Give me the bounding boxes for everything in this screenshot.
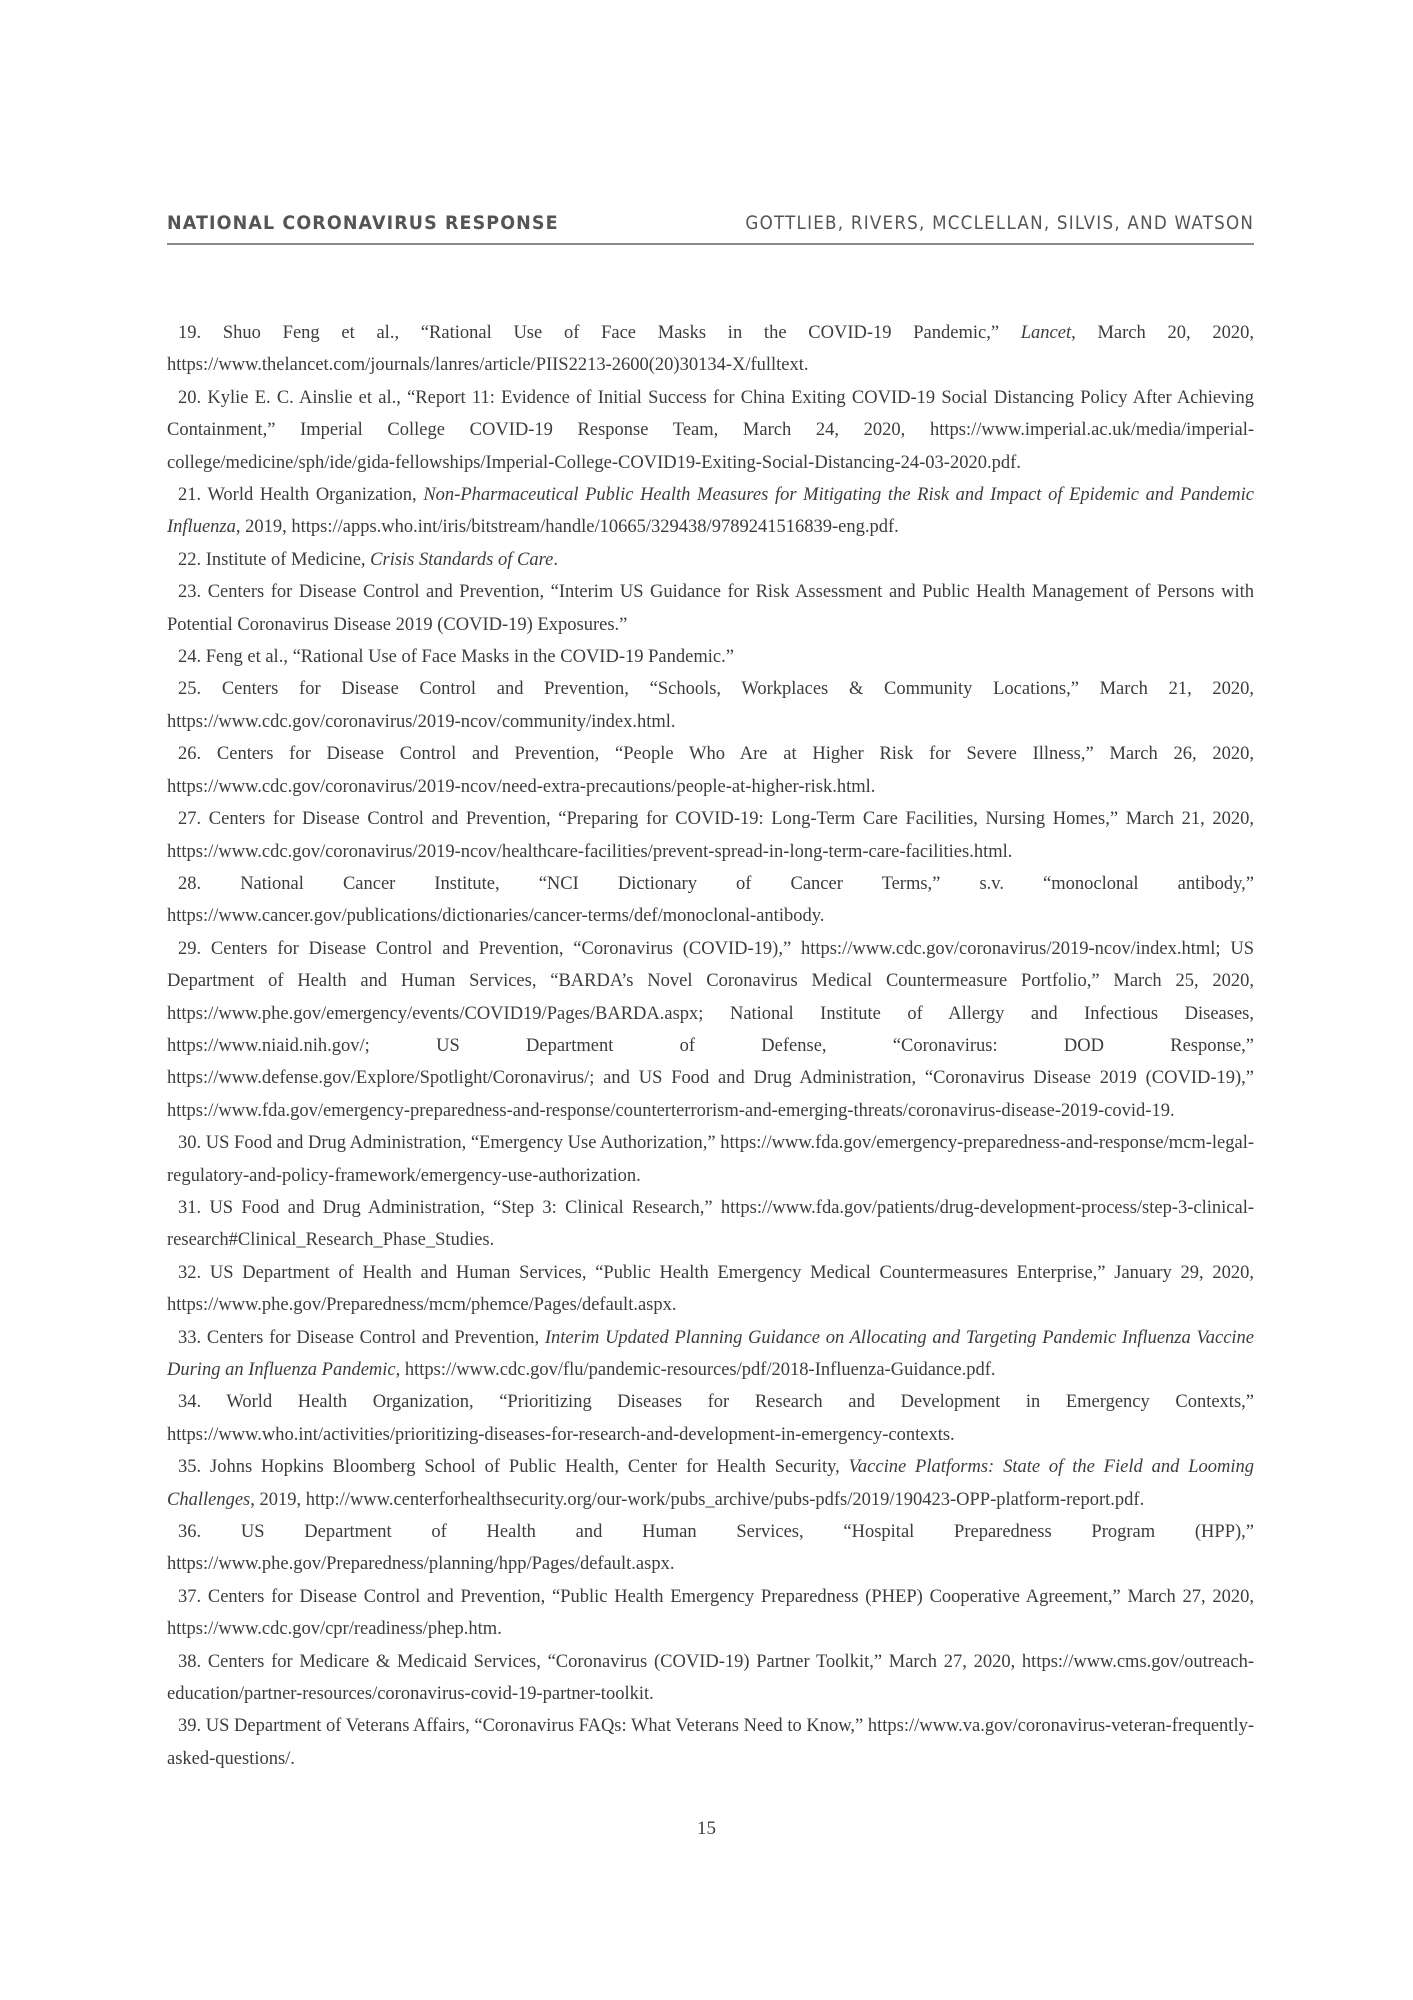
endnote-text: Shuo Feng et al., “Rational Use of Face … [223,323,1021,343]
endnote-number: 25. [178,679,201,699]
endnote: 38. Centers for Medicare & Medicaid Serv… [167,1646,1254,1711]
endnote-number: 39. [178,1716,201,1736]
endnote: 20. Kylie E. C. Ainslie et al., “Report … [167,382,1254,479]
endnote: 32. US Department of Health and Human Se… [167,1257,1254,1322]
endnote-number: 22. [178,550,201,570]
endnote: 19. Shuo Feng et al., “Rational Use of F… [167,317,1254,382]
endnote-title-italic: Crisis Standards of Care [370,550,553,570]
endnote-number: 31. [178,1198,201,1218]
endnote-text-cont: , 2019, https://apps.who.int/iris/bitstr… [236,517,899,537]
endnote: 30. US Food and Drug Administration, “Em… [167,1127,1254,1192]
endnote-text: Centers for Disease Control and Preventi… [167,809,1254,861]
endnote-number: 20. [178,388,201,408]
endnote-text: Centers for Disease Control and Preventi… [167,582,1254,634]
endnote: 22. Institute of Medicine, Crisis Standa… [167,544,1254,576]
endnote-text: World Health Organization, “Prioritizing… [167,1392,1254,1444]
endnote-text-cont: , 2019, http://www.centerforhealthsecuri… [250,1490,1144,1510]
endnote: 29. Centers for Disease Control and Prev… [167,933,1254,1127]
endnote: 21. World Health Organization, Non-Pharm… [167,479,1254,544]
endnote-number: 34. [178,1392,201,1412]
endnote: 23. Centers for Disease Control and Prev… [167,576,1254,641]
endnote-text: US Department of Health and Human Servic… [167,1263,1254,1315]
endnote: 31. US Food and Drug Administration, “St… [167,1192,1254,1257]
endnote-text: National Cancer Institute, “NCI Dictiona… [167,874,1254,926]
endnote-number: 38. [178,1652,201,1672]
endnote-title-italic: Lancet [1021,323,1071,343]
header-rule [167,243,1254,245]
endnote: 37. Centers for Disease Control and Prev… [167,1581,1254,1646]
endnote-text: World Health Organization, [207,485,423,505]
endnote: 24. Feng et al., “Rational Use of Face M… [167,641,1254,673]
endnote-text: Centers for Disease Control and Preventi… [207,1328,545,1348]
endnote-number: 27. [178,809,201,829]
endnote-number: 23. [178,582,201,602]
endnote: 33. Centers for Disease Control and Prev… [167,1322,1254,1387]
endnote-text: Institute of Medicine, [206,550,370,570]
endnote: 39. US Department of Veterans Affairs, “… [167,1710,1254,1775]
endnote: 25. Centers for Disease Control and Prev… [167,673,1254,738]
endnote-text: US Department of Health and Human Servic… [167,1522,1254,1574]
endnote-number: 21. [178,485,201,505]
endnote-number: 37. [178,1587,201,1607]
running-header-authors: Gottlieb, Rivers, McClellan, Silvis, and… [745,212,1254,234]
running-header-title: National Coronavirus Response [167,212,559,234]
endnote-number: 36. [178,1522,201,1542]
endnote-text-cont: . [553,550,558,570]
endnote-number: 26. [178,744,201,764]
endnote-number: 33. [178,1328,201,1348]
endnote-number: 30. [178,1133,201,1153]
endnote-number: 19. [178,323,201,343]
endnote-text: US Food and Drug Administration, “Step 3… [167,1198,1254,1250]
endnote: 34. World Health Organization, “Prioriti… [167,1386,1254,1451]
endnote-text: US Food and Drug Administration, “Emerge… [167,1133,1254,1185]
endnote-text: Centers for Disease Control and Preventi… [167,939,1254,1121]
endnote-number: 32. [178,1263,201,1283]
endnote-number: 24. [178,647,201,667]
endnote: 35. Johns Hopkins Bloomberg School of Pu… [167,1451,1254,1516]
endnote-text: Centers for Disease Control and Preventi… [167,1587,1254,1639]
endnote-number: 35. [178,1457,201,1477]
endnote-text: Centers for Disease Control and Preventi… [167,679,1254,731]
endnote: 28. National Cancer Institute, “NCI Dict… [167,868,1254,933]
endnote-text: Centers for Medicare & Medicaid Services… [167,1652,1254,1704]
endnote: 36. US Department of Health and Human Se… [167,1516,1254,1581]
endnote-text: Kylie E. C. Ainslie et al., “Report 11: … [167,388,1254,473]
endnotes-list: 19. Shuo Feng et al., “Rational Use of F… [167,317,1254,1775]
endnote-text: Johns Hopkins Bloomberg School of Public… [210,1457,849,1477]
running-header: National Coronavirus Response Gottlieb, … [167,212,1254,234]
endnote: 26. Centers for Disease Control and Prev… [167,738,1254,803]
endnote-text: Feng et al., “Rational Use of Face Masks… [206,647,734,667]
endnote: 27. Centers for Disease Control and Prev… [167,803,1254,868]
endnote-text: Centers for Disease Control and Preventi… [167,744,1254,796]
endnote-number: 29. [178,939,201,959]
endnote-number: 28. [178,874,201,894]
endnote-text-cont: , https://www.cdc.gov/flu/pandemic-resou… [396,1360,996,1380]
endnote-text: US Department of Veterans Affairs, “Coro… [167,1716,1254,1768]
page-number: 15 [0,1818,1413,1840]
